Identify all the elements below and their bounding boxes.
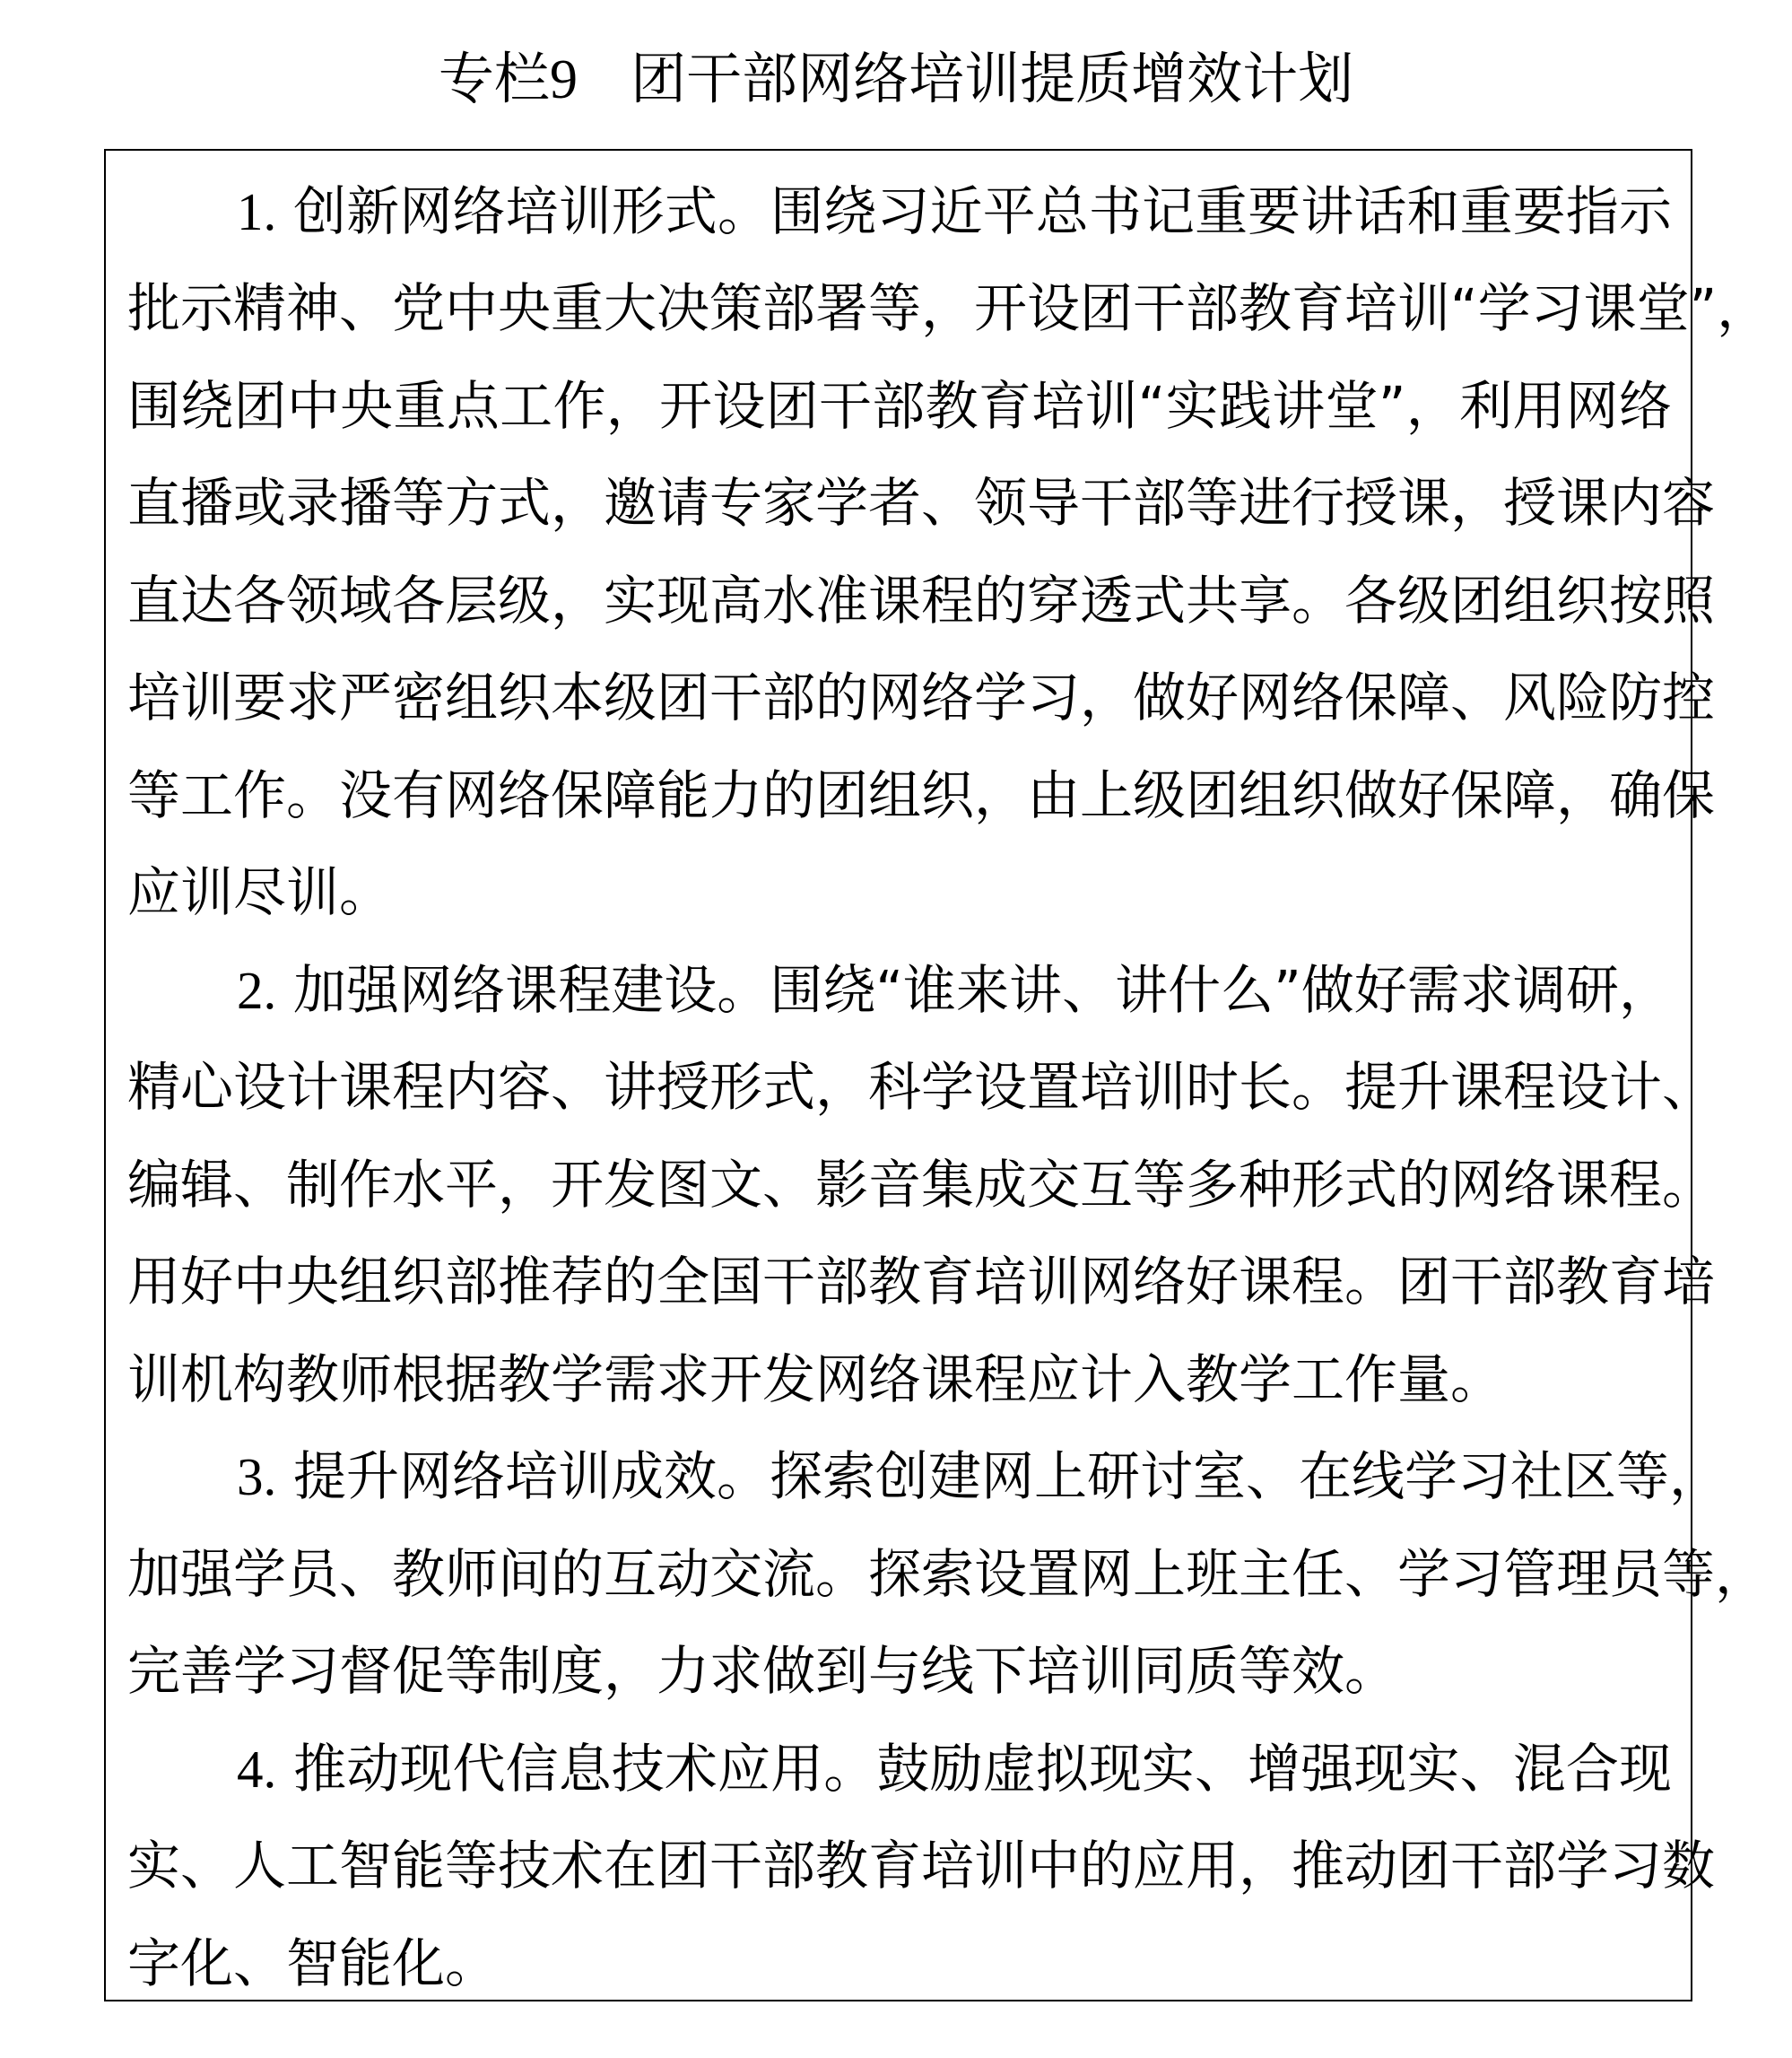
title-text: 团干部网络培训提质增效计划 (631, 46, 1353, 111)
title-number: 9 (550, 49, 578, 110)
section-heading: 推动现代信息技术应用。 (293, 1738, 876, 1800)
section-2-line-3: 编辑、制作水平，开发图文、影音集成交互等多种形式的网络课程。 (127, 1149, 1672, 1221)
section-number: 2. (237, 961, 276, 1020)
section-heading: 提升网络培训成效。 (293, 1445, 770, 1507)
content-box: 1. 创新网络培训形式。围绕习近平总书记重要讲话和重要指示 批示精神、党中央重大… (104, 149, 1692, 2001)
page-title: 专栏9 团干部网络培训提质增效计划 (0, 47, 1792, 111)
text-run: 探索创建网上研讨室、在线学习社区等， (770, 1445, 1722, 1507)
section-3-line-3: 完善学习督促等制度，力求做到与线下培训同质等效。 (127, 1635, 1672, 1707)
section-1-line-2: 批示精神、党中央重大决策部署等，开设团干部教育培训“学习课堂”， (127, 273, 1672, 344)
section-heading: 加强网络课程建设。 (293, 959, 770, 1021)
section-1-line-8: 应训尽训。 (127, 857, 1672, 929)
text-run: 鼓励虚拟现实、增强现实、混合现 (876, 1738, 1672, 1800)
section-4-line-2: 实、人工智能等技术在团干部教育培训中的应用，推动团干部学习数 (127, 1830, 1672, 1902)
section-2-line-2: 精心设计课程内容、讲授形式，科学设置培训时长。提升课程设计、 (127, 1051, 1672, 1123)
section-3-line-1: 3. 提升网络培训成效。探索创建网上研讨室、在线学习社区等， (237, 1441, 1672, 1513)
section-1-line-7: 等工作。没有网络保障能力的团组织，由上级团组织做好保障，确保 (127, 760, 1672, 832)
section-1-line-1: 1. 创新网络培训形式。围绕习近平总书记重要讲话和重要指示 (237, 176, 1672, 248)
section-1-line-4: 直播或录播等方式，邀请专家学者、领导干部等进行授课，授课内容 (127, 467, 1672, 539)
title-label: 专栏 (439, 46, 550, 111)
section-1-line-6: 培训要求严密组织本级团干部的网络学习，做好网络保障、风险防控 (127, 662, 1672, 734)
section-1-line-3: 围绕团中央重点工作，开设团干部教育培训“实践讲堂”，利用网络 (127, 371, 1672, 442)
section-3-line-2: 加强学员、教师间的互动交流。探索设置网上班主任、学习管理员等， (127, 1539, 1672, 1610)
section-4-line-3: 字化、智能化。 (127, 1928, 1672, 2000)
title-spacer (578, 46, 631, 111)
section-1-line-5: 直达各领域各层级，实现高水准课程的穿透式共享。各级团组织按照 (127, 565, 1672, 637)
section-number: 1. (237, 182, 276, 241)
section-heading: 创新网络培训形式。 (293, 180, 770, 242)
section-2-line-4: 用好中央组织部推荐的全国干部教育培训网络好课程。团干部教育培 (127, 1246, 1672, 1318)
section-2-line-5: 训机构教师根据教学需求开发网络课程应计入教学工作量。 (127, 1344, 1672, 1416)
section-number: 4. (237, 1740, 276, 1799)
section-number: 3. (237, 1447, 276, 1506)
section-4-line-1: 4. 推动现代信息技术应用。鼓励虚拟现实、增强现实、混合现 (237, 1733, 1672, 1805)
section-2-line-1: 2. 加强网络课程建设。围绕“谁来讲、讲什么”做好需求调研， (237, 955, 1672, 1026)
text-run: 围绕习近平总书记重要讲话和重要指示 (770, 180, 1672, 242)
text-run: 围绕“谁来讲、讲什么”做好需求调研， (770, 959, 1672, 1021)
